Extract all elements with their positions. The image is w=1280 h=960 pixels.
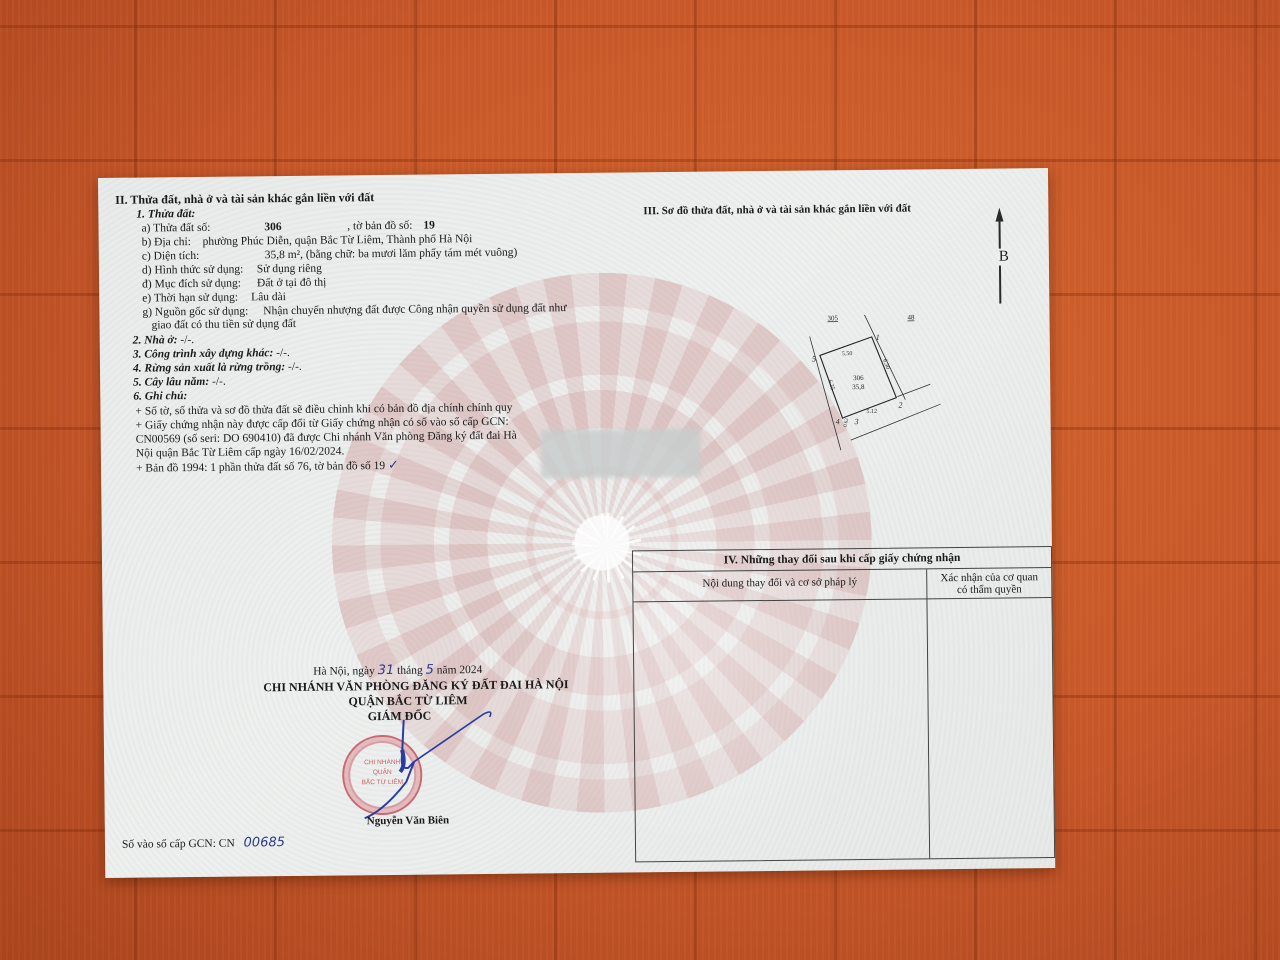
svg-text:5.12: 5.12 [866,409,877,415]
notes-heading: 6. Ghi chú: [133,390,187,404]
usage-term-row: e) Thời hạn sử dụng: Lâu dài [142,291,286,306]
area-value: 35,8 m², (bằng chữ: ba mươi lăm phẩy tám… [265,247,518,263]
svg-text:6.25: 6.25 [826,379,835,391]
parcel-diagram: 305 48 1 2 3 4 5 5.50 6.30 5.12 0.62 6.2… [789,299,951,451]
svg-text:2: 2 [898,401,902,410]
svg-text:0.62: 0.62 [844,418,850,428]
area-row: c) Diện tích: 35,8 m², (bằng chữ: ba mươ… [142,247,518,265]
redacted-area [541,429,701,479]
usage-term-value: Lâu dài [251,291,286,305]
note-line: + Bản đồ 1994: 1 phần thửa đất số 76, tờ… [136,459,399,476]
parcel-number: 306 [264,220,344,234]
usage-form-row: d) Hình thức sử dụng: Sử dụng riêng [142,263,322,278]
handwritten-initials: ✓ [388,458,399,473]
usage-purpose-value: Đất ở tại đô thị [257,277,326,291]
field-label: b) Địa chỉ: [142,236,200,250]
other-construction-row: 3. Công trình xây dựng khác: -/-. [133,347,290,362]
field-label: e) Thời hạn sử dụng: [142,291,248,306]
column-header-confirmation: Xác nhận của cơ quan có thẩm quyền [927,568,1051,599]
handwritten-month: 5 [425,663,433,678]
svg-text:1: 1 [876,333,880,342]
house-row: 2. Nhà ở: -/-. [133,334,195,348]
usage-form-value: Sử dụng riêng [257,263,322,277]
neighbor-parcel: 48 [907,313,915,321]
svg-text:5: 5 [812,354,816,363]
field-label: , tờ bản đồ số: [347,220,412,233]
production-forest-row: 4. Rừng sản xuất là rừng trồng: -/-. [133,361,302,376]
parcel-number: 306 [853,374,864,382]
issuing-office-line2: QUẬN BẮC TỪ LIÊM [348,693,467,709]
registration-number: Số vào sổ cấp GCN: CN 00685 [122,836,285,852]
field-label: d) Hình thức sử dụng: [142,263,254,278]
map-sheet-number: 19 [423,219,435,231]
section-2-title: II. Thửa đất, nhà ở và tài sản khác gắn … [115,191,374,207]
field-label: đ) Mục đích sử dụng: [142,277,254,292]
issue-date: Hà Nội, ngày 31 tháng 5 năm 2024 [313,662,482,679]
usage-purpose-row: đ) Mục đích sử dụng: Đất ở tại đô thị [142,277,326,293]
land-use-certificate-page: II. Thửa đất, nhà ở và tài sản khác gắn … [98,168,1055,878]
land-parcel-heading: 1. Thửa đất: [136,208,195,222]
handwritten-day: 31 [378,663,395,678]
changes-table: IV. Những thay đổi sau khi cấp giấy chứn… [632,546,1055,862]
column-divider [926,598,930,858]
svg-text:5.50: 5.50 [842,351,853,357]
field-label: c) Diện tích: [142,249,262,264]
signer-name: Nguyễn Văn Biên [367,814,449,827]
svg-text:4: 4 [836,417,840,426]
parcel-area: 35,8 [852,383,865,391]
north-label: B [998,248,1010,265]
field-label: a) Thửa đất số: [141,221,261,236]
origin-value-line2: giao đất có thu tiền sử dụng đất [151,318,296,333]
svg-text:3: 3 [854,417,859,426]
perennial-trees-row: 5. Cây lâu năm: -/-. [133,376,226,391]
neighbor-parcel: 305 [827,314,838,322]
handwritten-signature-icon [344,709,505,821]
column-header-content: Nội dung thay đổi và cơ sở pháp lý [633,569,927,602]
issuing-office-line1: CHI NHÁNH VĂN PHÒNG ĐĂNG KÝ ĐẤT ĐAI HÀ N… [263,677,568,695]
section-3-title: III. Sơ đồ thửa đất, nhà ở và tài sản kh… [643,202,911,218]
handwritten-reg-number: 00685 [244,835,286,850]
